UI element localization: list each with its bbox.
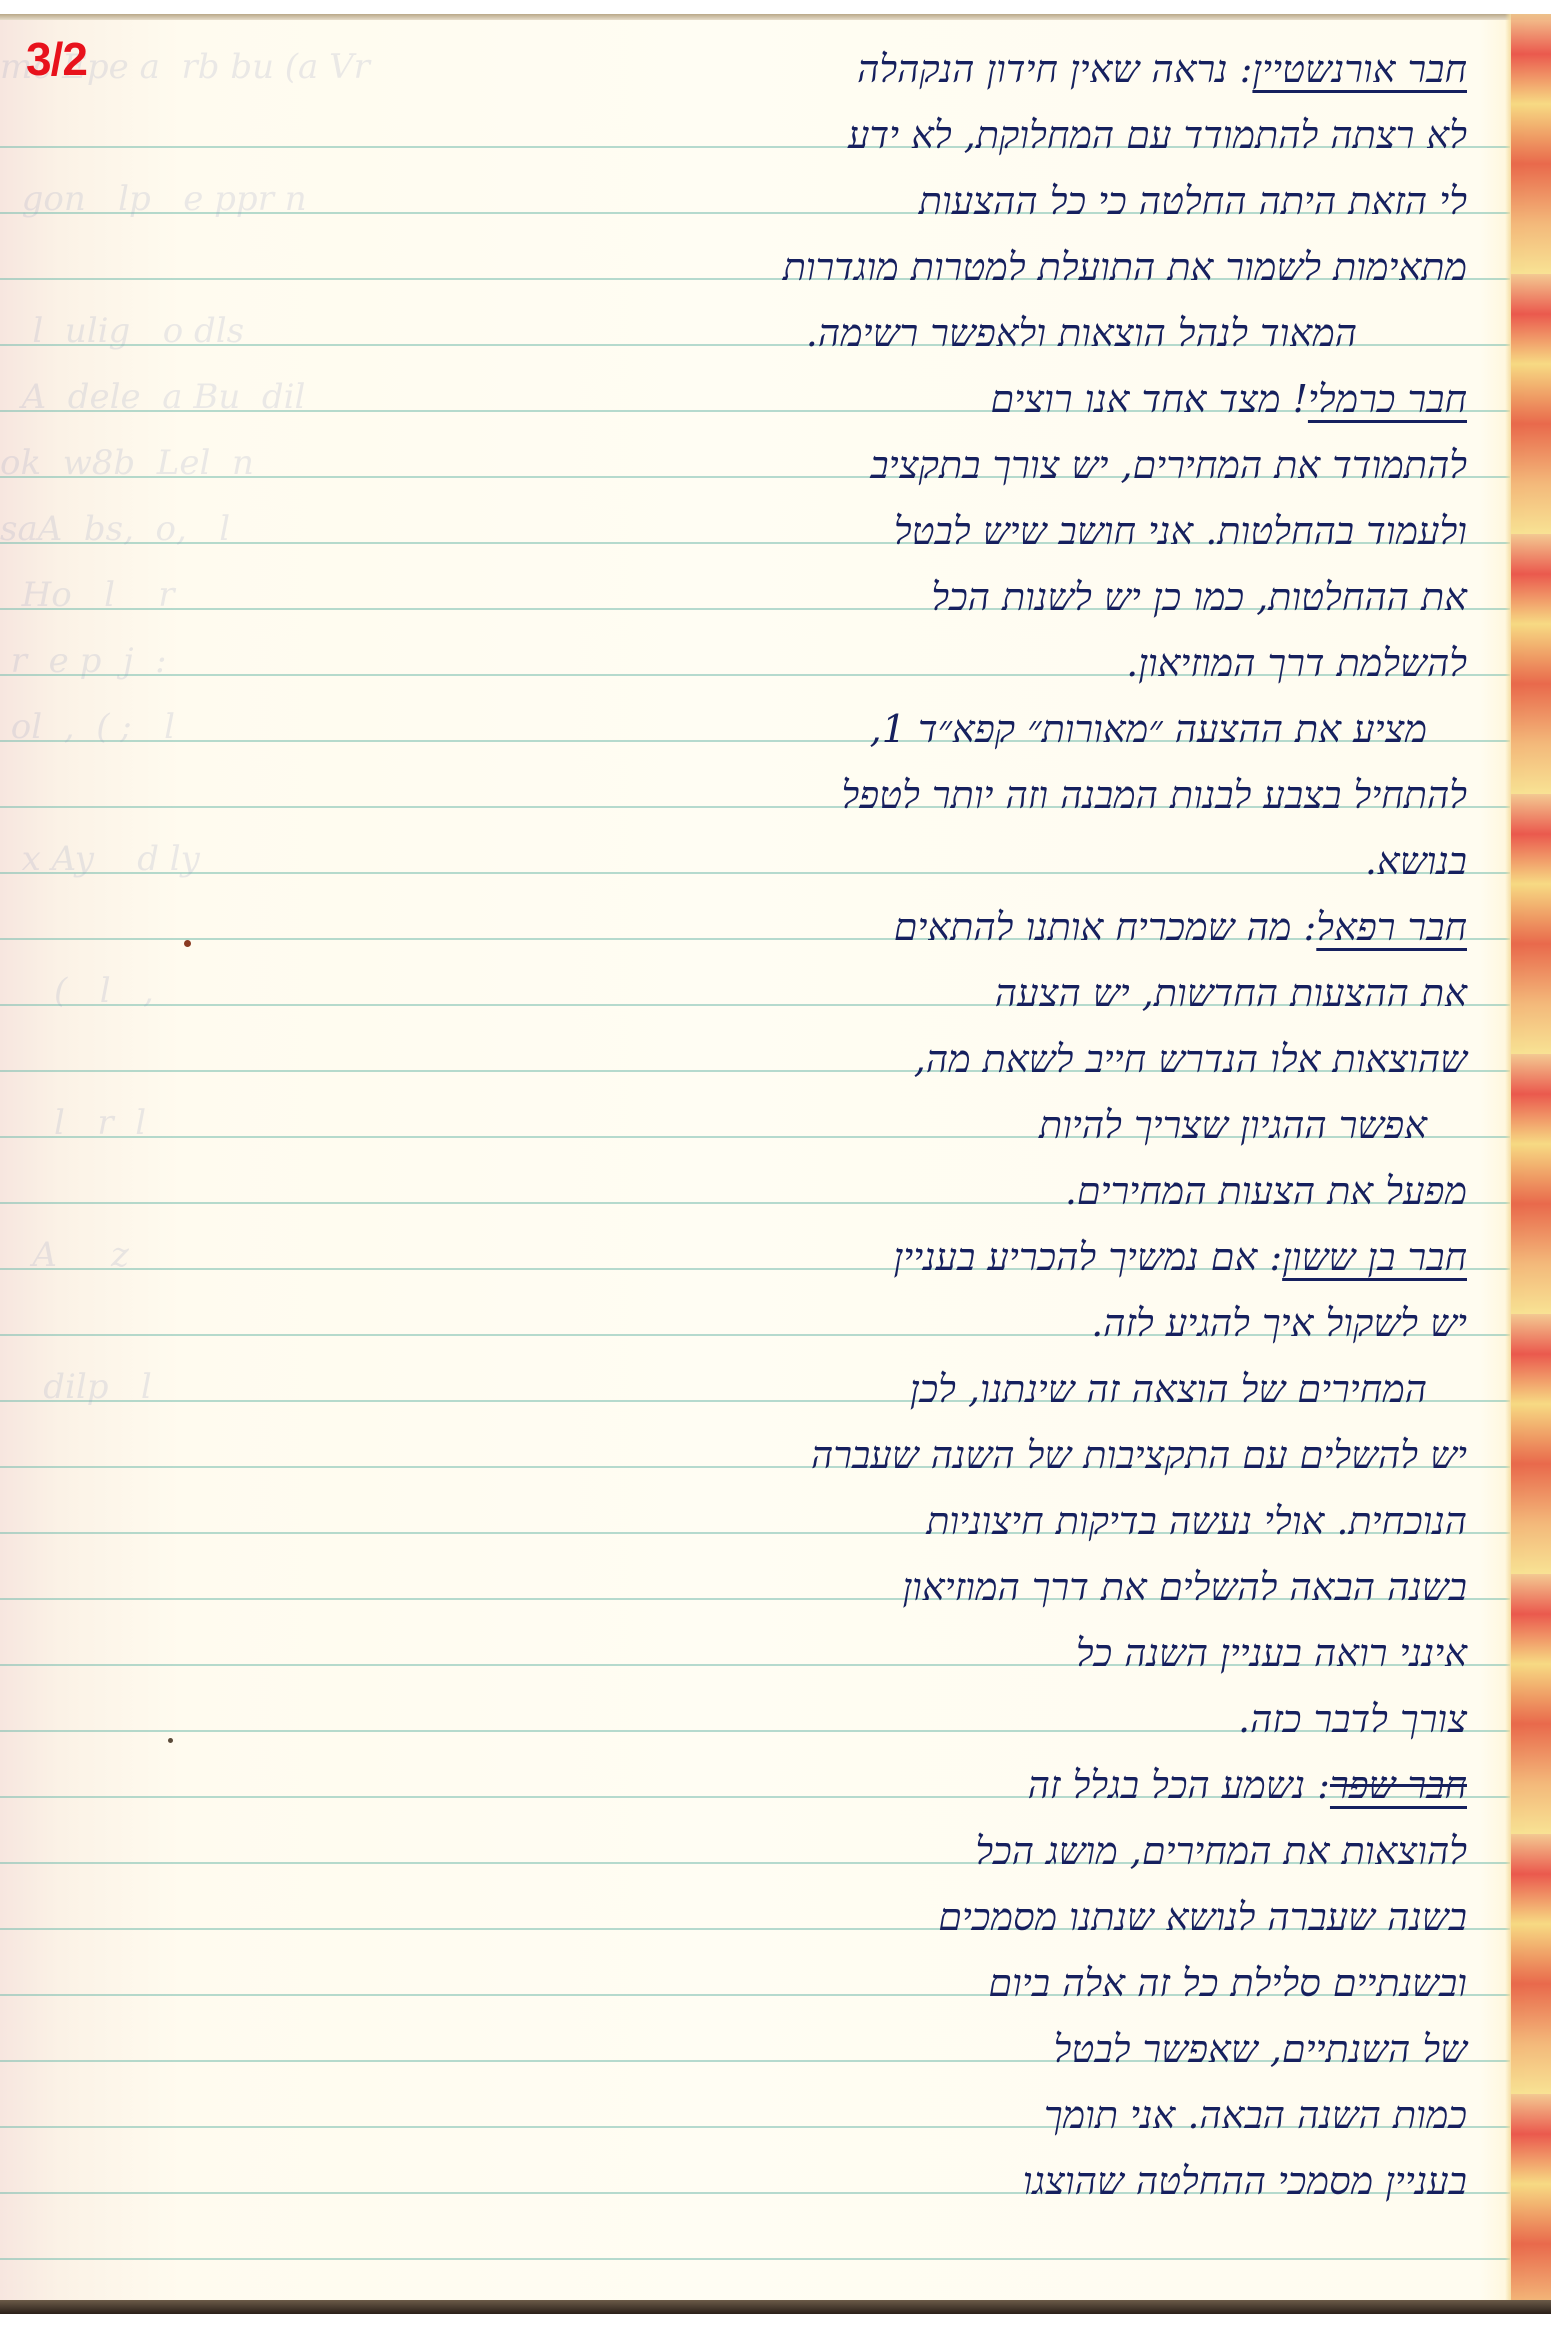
minutes-line: אפשר ההגיון שצריך להיות [647, 1092, 1467, 1158]
minutes-line: מתאימות לשמור את התועלת למטרות מוגדרות [647, 234, 1467, 300]
minutes-line: את ההחלטות, כמו כן יש לשנות הכל [647, 564, 1467, 630]
line-text: נראה שאין חידון הנקהלה [857, 47, 1227, 91]
minutes-line: מפעל את הצעות המחירים. [647, 1158, 1467, 1224]
minutes-line: ולעמוד בהחלטות. אני חושב שיש לבטל [647, 498, 1467, 564]
page-number-label: 3/2 [26, 32, 87, 86]
line-text: מה שמכריח אותנו להתאים [894, 905, 1292, 949]
minutes-line: אינני רואה בעניין השנה כל [647, 1620, 1467, 1686]
minutes-line: בשנה הבאה להשלים את דרך המוזיאון [647, 1554, 1467, 1620]
minutes-line: צורך לדבר כזה. [647, 1686, 1467, 1752]
minutes-line: חבר רפאל: מה שמכריח אותנו להתאים [647, 894, 1467, 960]
minutes-line: המאוד לנהל הוצאות ולאפשר רשימה. [647, 300, 1467, 366]
page-bottom-edge [0, 2300, 1551, 2314]
colon: : [1291, 905, 1316, 949]
speaker-name: חבר בן ששון [1282, 1235, 1467, 1279]
minutes-line: יש לשקול איך להגיע לזה. [647, 1290, 1467, 1356]
minutes-line: כמות השנה הבאה. אני תומך [647, 2082, 1467, 2148]
notebook-page: mc Epe a rb bu (a Vr gon lp e ppr n l ul… [0, 14, 1551, 2314]
speaker-name: חבר אורנשטיין [1252, 47, 1467, 91]
minutes-line: חבר בן ששון: אם נמשיך להכריע בעניין [647, 1224, 1467, 1290]
speaker-name: חבר רפאל [1316, 905, 1467, 949]
minutes-line: הנוכחית. אולי נעשה בדיקות חיצוניות [647, 1488, 1467, 1554]
speaker-name: חבר שפר [1330, 1763, 1467, 1807]
ink-spot [184, 940, 191, 947]
minutes-line: חבר כרמלי! מצד אחד אנו רוצים [647, 366, 1467, 432]
minutes-line: לי הזאת היתה החלטה כי כל ההצעות [647, 168, 1467, 234]
minutes-line: ובשנתיים סלילת כל זה אלה ביום [647, 1950, 1467, 2016]
minutes-line: להוצאות את המחירים, מושג הכל [647, 1818, 1467, 1884]
minutes-line: מציע את ההצעה ״מאורות״ קפא״ד 1, [647, 696, 1467, 762]
page-top-edge [0, 14, 1551, 20]
minutes-line: חבר אורנשטיין: נראה שאין חידון הנקהלה [647, 36, 1467, 102]
line-text: מצד אחד אנו רוצים [991, 377, 1281, 421]
minutes-line: את ההצעות החדשות, יש הצעה [647, 960, 1467, 1026]
minutes-line: המחירים של הוצאה זה שינתנו, לכן [647, 1356, 1467, 1422]
minutes-line: בשנה שעברה לנושא שנתנו מסמכים [647, 1884, 1467, 1950]
minutes-line: של השנתיים, שאפשר לבטל [647, 2016, 1467, 2082]
line-text: נשמע הכל בגלל זה [1028, 1763, 1305, 1807]
handwritten-minutes: חבר אורנשטיין: נראה שאין חידון הנקהלה לא… [647, 36, 1467, 2214]
minutes-line: להתחיל בצבע לבנות המבנה וזה יותר לטפל [647, 762, 1467, 828]
minutes-line: שהוצאות אלו הנדרש חייב לשאת מה, [647, 1026, 1467, 1092]
line-text: אם נמשיך להכריע בעניין [894, 1235, 1258, 1279]
minutes-line: לא רצתה להתמודד עם המחלוקת, לא ידע [647, 102, 1467, 168]
minutes-line: להתמודד את המחירים, יש צורך בתקציב [647, 432, 1467, 498]
colon: ! [1281, 377, 1308, 421]
minutes-line: בעניין מסמכי ההחלטה שהוצגו [647, 2148, 1467, 2214]
minutes-line: להשלמת דרך המוזיאון. [647, 630, 1467, 696]
colon: : [1305, 1763, 1330, 1807]
colon: : [1228, 47, 1253, 91]
speaker-name: חבר כרמלי [1308, 377, 1467, 421]
ink-spot [168, 1738, 173, 1743]
notebook-binding-edge [1511, 14, 1551, 2314]
minutes-line: יש להשלים עם התקציבות של השנה שעברה [647, 1422, 1467, 1488]
minutes-line: חבר שפר: נשמע הכל בגלל זה [647, 1752, 1467, 1818]
colon: : [1257, 1235, 1282, 1279]
minutes-line: בנושא. [647, 828, 1467, 894]
